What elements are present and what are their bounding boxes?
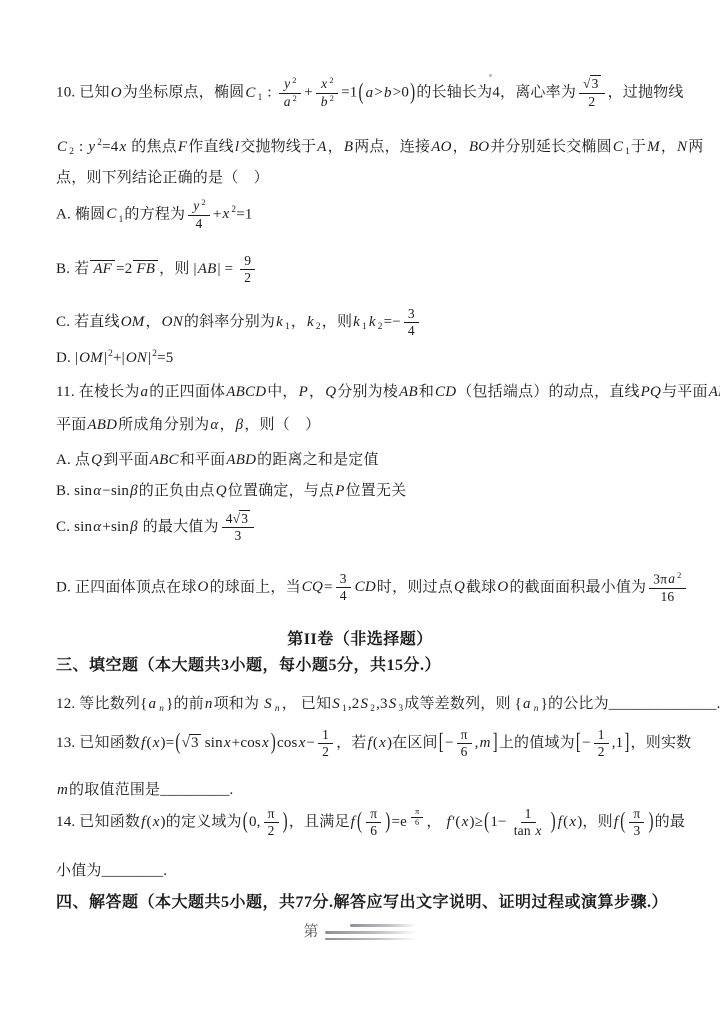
question-12: 12. 等比数列{an}的前n项和为 Sn， 已知S1,2S2,3S3成等差数列… [56, 693, 674, 717]
question-10-stem-line-3: 点，则下列结论正确的是（ ） [56, 167, 674, 190]
page-footer: 第 [0, 921, 720, 944]
question-10-option-a: A. 椭圆C1的方程为y24+x2=1 [56, 198, 674, 232]
exam-paper-page: 10. 已知O为坐标原点，椭圆C1 : y2a2+x2b2=1(a>b>0)的长… [0, 0, 720, 1018]
question-10-option-b: B. 若AF=2FB，则 |AB| = 92 [56, 253, 674, 286]
section-3-fill-in-heading: 三、填空题（本大题共3小题，每小题5分，共15分.） [56, 654, 674, 678]
question-14-line-1: 14. 已知函数f(x)的定义域为(0,π2)，且满足f(π6)=eπ6， f′… [56, 806, 674, 839]
question-11-option-d: D. 正四面体顶点在球O的球面上，当CQ=34CD时，则过点Q截球O的截面面积最… [56, 571, 674, 605]
question-10-option-c: C. 若直线OM，ON的斜率分别为k1，k2，则k1k2=−34 [56, 306, 674, 339]
question-11-option-a: A. 点Q到平面ABC和平面ABD的距离之和是定值 [56, 449, 674, 472]
question-11-stem-line-2: 平面ABD所成角分别为α，β，则（ ） [56, 414, 674, 437]
footer-blurred-page-number [325, 922, 417, 943]
question-10-option-d: D. |OM|2+|ON|2=5 [56, 347, 674, 370]
question-13-line-2: m的取值范围是_________. [56, 779, 674, 802]
question-10-stem-line-1: 10. 已知O为坐标原点，椭圆C1 : y2a2+x2b2=1(a>b>0)的长… [56, 76, 674, 110]
question-11-option-b: B. sinα−sinβ的正负由点Q位置确定，与点P位置无关 [56, 480, 674, 503]
section-4-answer-heading: 四、解答题（本大题共5小题，共77分.解答应写出文字说明、证明过程或演算步骤.） [56, 891, 674, 915]
footer-page-prefix: 第 [303, 921, 318, 944]
question-13-line-1: 13. 已知函数f(x)=(√3 sinx+cosx)cosx−12，若f(x)… [56, 727, 674, 760]
part-2-heading: 第II卷（非选择题） [0, 628, 720, 652]
question-11-option-c: C. sinα+sinβ 的最大值为4√33 [56, 511, 674, 544]
question-10-stem-line-2: C2 : y2=4x 的焦点F作直线l交抛物线于A，B两点，连接AO，BO并分别… [56, 136, 674, 160]
question-11-stem-line-1: 11. 在棱长为a的正四面体ABCD中，P，Q分别为棱AB和CD（包括端点）的动… [56, 381, 674, 404]
question-14-line-2: 小值为________. [56, 860, 674, 883]
